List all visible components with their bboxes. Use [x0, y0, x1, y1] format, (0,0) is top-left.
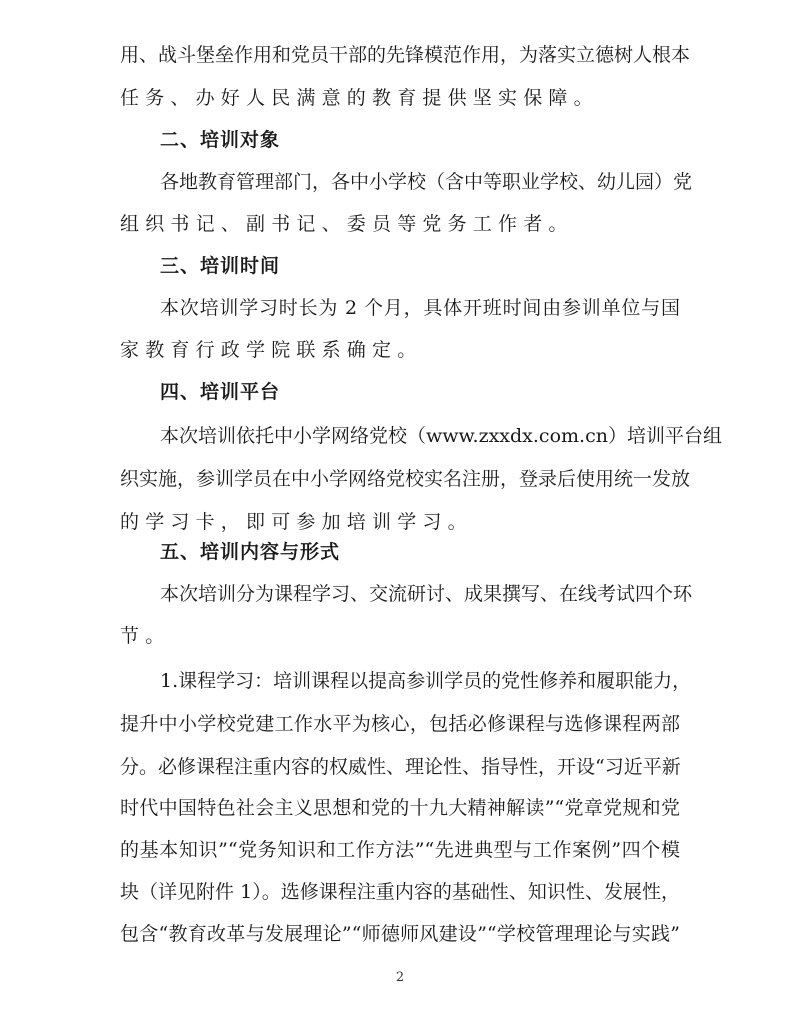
body-line: 用、战斗堡垒作用和党员干部的先锋模范作用，为落实立德树人根本 — [120, 43, 680, 67]
body-line: 织实施，参训学员在中小学网络党校实名注册，登录后使用统一发放 — [120, 467, 680, 491]
body-line: 的学习卡，即可参加培训学习。 — [120, 510, 680, 534]
body-line: 包含“教育改革与发展理论”“师德师风建设”“学校管理理论与实践” — [120, 922, 680, 946]
section-heading-trainees: 二、培训对象 — [160, 128, 680, 152]
body-line: 本次培训分为课程学习、交流研讨、成果撰写、在线考试四个环 — [160, 582, 680, 606]
body-line: 各地教育管理部门，各中小学校（含中等职业学校、幼儿园）党 — [160, 170, 680, 194]
body-line: 提升中小学校党建工作水平为核心，包括必修课程与选修课程两部 — [120, 712, 680, 736]
body-line: 本次培训学习时长为 2 个月，具体开班时间由参训单位与国 — [160, 296, 680, 320]
body-line: 块（详见附件 1）。选修课程注重内容的基础性、知识性、发展性， — [120, 880, 680, 904]
body-line: 时代中国特色社会主义思想和党的十九大精神解读”“党章党规和党 — [120, 796, 680, 820]
body-line: 任务、办好人民满意的教育提供坚实保障。 — [120, 86, 680, 110]
document-page: 用、战斗堡垒作用和党员干部的先锋模范作用，为落实立德树人根本 任务、办好人民满意… — [0, 0, 800, 1020]
page-number: 2 — [0, 970, 800, 985]
body-line: 家教育行政学院联系确定。 — [120, 338, 680, 362]
section-heading-platform: 四、培训平台 — [160, 380, 680, 404]
section-heading-time: 三、培训时间 — [160, 254, 680, 278]
body-line: 节。 — [120, 624, 680, 648]
body-line: 组织书记、副书记、委员等党务工作者。 — [120, 212, 680, 236]
body-line: 的基本知识”“党务知识和工作方法”“先进典型与工作案例”四个模 — [120, 838, 680, 862]
body-line: 本次培训依托中小学网络党校（www.zxxdx.com.cn）培训平台组 — [160, 424, 680, 448]
section-heading-content: 五、培训内容与形式 — [160, 540, 680, 564]
body-line: 分。必修课程注重内容的权威性、理论性、指导性，开设“习近平新 — [120, 755, 680, 779]
body-line: 1.课程学习：培训课程以提高参训学员的党性修养和履职能力， — [160, 669, 680, 693]
